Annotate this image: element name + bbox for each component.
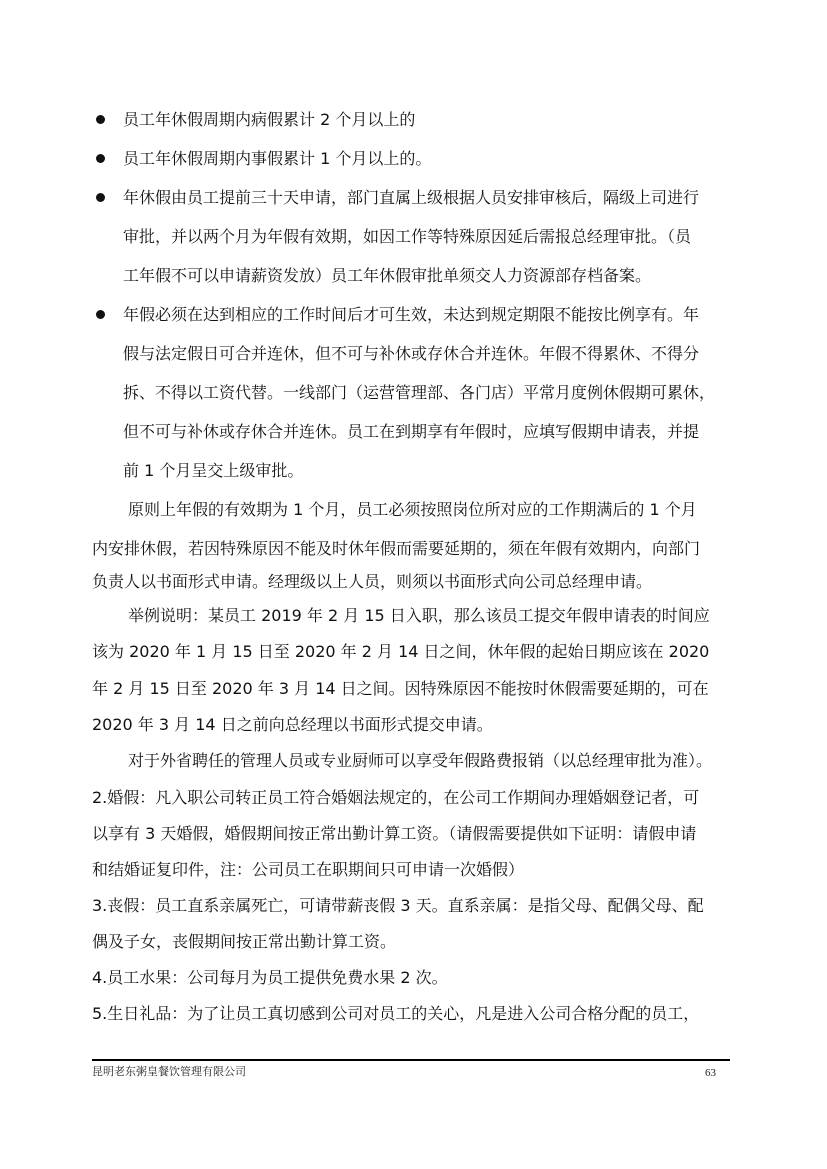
paragraph-text: 年 2 月 15 日至 2020 年 3 月 14 日之间。因特殊原因不能按时休…: [92, 679, 752, 699]
section-text: 和结婚证复印件，注：公司员工在职期间只可申请一次婚假）: [92, 860, 752, 880]
paragraph-text: 原则上年假的有效期为 1 个月，员工必须按照岗位所对应的工作期满后的 1 个月: [128, 500, 788, 520]
paragraph-text: 负责人以书面形式申请。经理级以上人员，则须以书面形式向公司总经理申请。: [92, 572, 752, 592]
bullet-item-text: 前 1 个月呈交上级审批。: [123, 461, 783, 481]
paragraph-text: 该为 2020 年 1 月 15 日至 2020 年 2 月 14 日之间，休年…: [92, 642, 752, 662]
bullet-icon: [96, 193, 105, 202]
bullet-item-text: 但不可与补休或存休合并连休。员工在到期享有年假时，应填写假期申请表，并提: [123, 422, 783, 442]
paragraph-text: 内安排休假，若因特殊原因不能及时休年假而需要延期的，须在年假有效期内，向部门: [92, 539, 752, 559]
paragraph-text: 对于外省聘任的管理人员或专业厨师可以享受年假路费报销（以总经理审批为准）。: [128, 751, 788, 771]
page-number: 63: [705, 1066, 716, 1080]
bullet-icon: [96, 115, 105, 124]
section-text: 3.丧假：员工直系亲属死亡，可请带薪丧假 3 天。直系亲属：是指父母、配偶父母、…: [92, 896, 752, 916]
paragraph-text: 2020 年 3 月 14 日之前向总经理以书面形式提交申请。: [92, 715, 752, 735]
section-text: 偶及子女，丧假期间按正常出勤计算工资。: [92, 932, 752, 952]
bullet-item-text: 员工年休假周期内事假累计 1 个月以上的。: [123, 149, 783, 169]
footer-company-name: 昆明老东粥皇餐饮管理有限公司: [92, 1065, 246, 1079]
section-text: 5.生日礼品：为了让员工真切感到公司对员工的关心，凡是进入公司合格分配的员工，: [92, 1004, 752, 1024]
bullet-item-text: 工年假不可以申请薪资发放）员工年休假审批单须交人力资源部存档备案。: [123, 266, 783, 286]
bullet-icon: [96, 310, 105, 319]
bullet-item-text: 假与法定假日可合并连休，但不可与补休或存休合并连休。年假不得累休、不得分: [123, 344, 783, 364]
section-text: 2.婚假：凡入职公司转正员工符合婚姻法规定的，在公司工作期间办理婚姻登记者，可: [92, 788, 752, 808]
document-page: 员工年休假周期内病假累计 2 个月以上的 员工年休假周期内事假累计 1 个月以上…: [0, 0, 827, 1169]
bullet-icon: [96, 154, 105, 163]
bullet-item-text: 拆、不得以工资代替。一线部门（运营管理部、各门店）平常月度例休假期可累休，: [123, 383, 783, 403]
paragraph-text: 举例说明：某员工 2019 年 2 月 15 日入职，那么该员工提交年假申请表的…: [128, 606, 788, 626]
bullet-item-text: 年假必须在达到相应的工作时间后才可生效，未达到规定期限不能按比例享有。年: [123, 305, 783, 325]
bullet-item-text: 年休假由员工提前三十天申请，部门直属上级根据人员安排审核后，隔级上司进行: [123, 188, 783, 208]
section-text: 以享有 3 天婚假，婚假期间按正常出勤计算工资。（请假需要提供如下证明：请假申请: [92, 824, 752, 844]
footer-divider: [92, 1059, 730, 1061]
section-text: 4.员工水果：公司每月为员工提供免费水果 2 次。: [92, 968, 752, 988]
bullet-item-text: 员工年休假周期内病假累计 2 个月以上的: [123, 110, 783, 130]
bullet-item-text: 审批，并以两个月为年假有效期，如因工作等特殊原因延后需报总经理审批。（员: [123, 227, 783, 247]
